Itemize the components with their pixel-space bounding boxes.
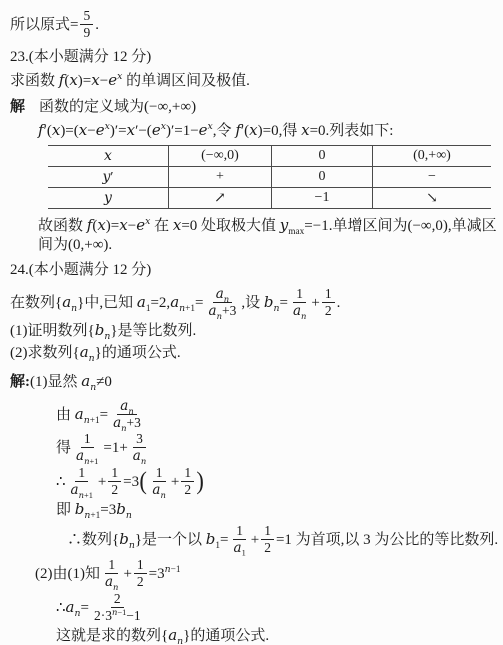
left-paren: ( [140,469,147,494]
domain-text: 函数的定义域为(−∞,+∞) [39,97,196,117]
fraction-1-over-an1: 1 an+1 [68,466,96,497]
document-page: 所以原式= 5 9 . 23.(本小题满分 12 分) 求函数 f(x)=x−e… [0,0,503,645]
table-cell-up-arrow: ↗ [169,188,272,209]
table-cell-down-arrow: ↘ [373,188,492,209]
table-row-x: x (−∞,0) 0 (0,+∞) [48,146,491,167]
step-bn-recurrence: 即 bn+1=3bn [56,499,495,520]
derivative-line: f′(x)=(x−ex)′=x′−(ex)′=1−ex,令 f′(x)=0,得 … [38,120,495,141]
fraction-1-over-2: 1 2 [108,466,121,497]
problem-24-given: 在数列{an}中,已知 a1=2,an+1= an an+3 ,设 bn= 1 … [10,286,495,319]
prev-answer-line: 所以原式= 5 9 . [10,8,495,41]
table-cell: (0,+∞) [373,146,492,167]
table-cell: (−∞,0) [169,146,272,167]
fraction-1-over-2: 1 2 [322,287,335,318]
fraction-1-over-an1: 1 an+1 [73,432,101,463]
solution-24-start: 解: (1)显然 an≠0 [10,371,495,392]
step-reciprocal: 得 1 an+1 =1+ 3 an [56,431,495,464]
solve-label: 解 [10,97,25,117]
fraction-numerator: 5 [80,9,93,25]
table-cell: y [48,188,169,209]
prev-answer-period: . [95,15,99,35]
right-paren: ) [197,469,204,494]
step-general-term: ∴an= 2 2·3n−1−1 [56,591,495,624]
fraction-1-over-an: 1 an [102,558,121,589]
table-cell: y′ [48,167,169,188]
problem-24-item-1: (1)证明数列{bn}是等比数列. [10,320,495,341]
problem-23-statement: 求函数 f(x)=x−ex 的单调区间及极值. [10,70,495,91]
table-cell: x [48,146,169,167]
table-cell: + [169,167,272,188]
fraction-an-over-an-plus-3: an an+3 [110,399,144,430]
fraction-1-over-2: 1 2 [261,524,274,555]
monotonicity-table: x (−∞,0) 0 (0,+∞) y′ + 0 − y ↗ −1 ↘ [48,145,491,209]
fraction-denominator: 9 [80,25,93,40]
step-therefore-relation: ∴ 1 an+1 + 1 2 =3 ( 1 an + 1 2 ) [56,465,495,498]
problem-23-conclusion: 故函数 f(x)=x−ex 在 x=0 处取极大值 ymax=−1.单增区间为(… [38,216,500,255]
step-geometric-conclusion: ∴数列{bn}是一个以 b1= 1 a1 + 1 2 =1 为首项,以 3 为公… [67,523,495,556]
problem-24-item-2: (2)求数列{an}的通项公式. [10,342,495,363]
obvious-nonzero-text: (1)显然 an≠0 [30,371,112,392]
solve-label: 解: [10,372,30,392]
table-cell: − [373,167,492,188]
fraction-3-over-an: 3 an [130,432,149,463]
table-row-y-prime: y′ + 0 − [48,167,491,188]
fraction-1-over-a1: 1 a1 [231,524,249,555]
problem-23-heading: 23.(本小题满分 12 分) [10,47,495,67]
table-cell: −1 [272,188,373,209]
table-row-y: y ↗ −1 ↘ [48,188,491,209]
table-cell: 0 [272,167,373,188]
fraction-1-over-an: 1 an [290,287,309,318]
final-remark: 这就是求的数列{an}的通项公式. [56,625,495,645]
fraction-1-over-2: 1 2 [181,466,194,497]
fraction-1-over-an: 1 an [149,466,168,497]
problem-23-solution-start: 解 函数的定义域为(−∞,+∞) [10,97,495,117]
fraction-5-9: 5 9 [80,9,93,40]
step-part2-known: (2)由(1)知 1 an + 1 2 =3n−1 [35,557,495,590]
problem-24-heading: 24.(本小题满分 12 分) [10,260,495,280]
fraction-1-over-2: 1 2 [134,558,147,589]
prev-answer-text: 所以原式= [10,15,78,35]
table-cell: 0 [272,146,373,167]
step-recurrence: 由 an+1= an an+3 [56,398,495,431]
fraction-general-term: 2 2·3n−1−1 [91,592,144,623]
fraction-an-over-an-plus-3: an an+3 [206,287,240,318]
